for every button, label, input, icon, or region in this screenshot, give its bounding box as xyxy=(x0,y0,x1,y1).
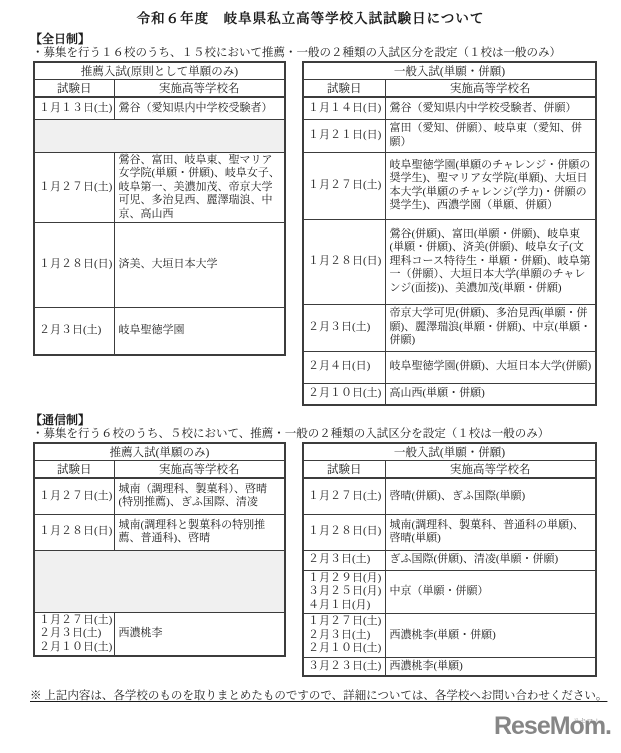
table-row: １月２９日(月) ３月２５日(月) ４月１日(月) 中京（単願・併願） xyxy=(303,570,596,614)
exam-date-line: ２月１０日(土) xyxy=(39,641,113,655)
section-tsushin-heading: 【通信制】 xyxy=(30,413,612,427)
exam-date-cell: ２月４日(日) xyxy=(303,351,385,383)
tsushin-ippan-table: 一般入試(単願・併願) 試験日 実施高等学校名 １月２７日(土) 啓晴(併願)、… xyxy=(302,442,597,677)
col-header-date: 試験日 xyxy=(34,80,114,98)
school-names-cell: 城南（調理科、製菓科）、啓晴(特別推薦)、ぎふ国際、清凌 xyxy=(114,478,285,514)
exam-date-line: ２月３日(土) xyxy=(308,629,384,643)
exam-date-cell: ２月１０日(土) xyxy=(303,383,385,405)
table-row: １月２７日(土) 啓晴(併願)、ぎふ国際(単願) xyxy=(303,478,596,514)
tsushin-suisen-table: 推薦入試(単願のみ) 試験日 実施高等学校名 １月２７日(土) 城南（調理科、製… xyxy=(33,442,286,657)
logo-period: . xyxy=(605,712,611,740)
exam-date-cell: ２月３日(土) xyxy=(303,550,385,570)
school-names-cell: 鶯谷（愛知県内中学校受験者、併願） xyxy=(385,97,596,119)
empty-gray-cell xyxy=(34,550,285,612)
zennichi-ippan-table: 一般入試(単願・併願) 試験日 実施高等学校名 １月１４日(日) 鶯谷（愛知県内… xyxy=(302,61,597,406)
exam-date-cell: １月１４日(日) xyxy=(303,97,385,119)
table-row: １月２１日(日) 富田（愛知、併願）、岐阜東（愛知、併願） xyxy=(303,119,596,152)
table-row: １月２７日(土) 鶯谷、富田、岐阜東、聖マリア女学院(単願・併願)、岐阜女子、岐… xyxy=(34,152,285,223)
table-row: １月２７日(土) 岐阜聖徳学園(単願のチャレンジ・併願の奨学生)、聖マリア女学院… xyxy=(303,152,596,219)
table-row: １月２７日(土) 城南（調理科、製菓科）、啓晴(特別推薦)、ぎふ国際、清凌 xyxy=(34,478,285,514)
school-names-cell: 城南(調理科、製菓科、普通科の単願)、啓晴(単願) xyxy=(385,514,596,550)
table-row: １月１４日(日) 鶯谷（愛知県内中学校受験者、併願） xyxy=(303,97,596,119)
exam-date-cell: ２月３日(土) xyxy=(303,304,385,351)
exam-date-cell: １月２７日(土) xyxy=(303,478,385,514)
school-names-cell: 鶯谷(併願)、富田(単願・併願)、岐阜東(単願・併願)、済美(併願)、岐阜女子(… xyxy=(385,219,596,304)
exam-date-cell: ２月３日(土) xyxy=(34,308,114,355)
table-row: １月２７日(土) ２月３日(土) ２月１０日(土) 西濃桃李 xyxy=(34,612,285,656)
col-header-school: 実施高等学校名 xyxy=(385,461,596,479)
exam-date-line: ４月１日(月) xyxy=(308,599,384,613)
document-page: 令和６年度 岐阜県私立高等学校入試試験日について 【全日制】 ・募集を行う１６校… xyxy=(0,0,621,753)
table-row: ２月３日(土) 帝京大学可児(併願)、多治見西(単願・併願)、麗澤瑞浪(単願・併… xyxy=(303,304,596,351)
school-names-cell: 富田（愛知、併願）、岐阜東（愛知、併願） xyxy=(385,119,596,152)
exam-date-line: ２月１０日(土) xyxy=(308,642,384,656)
col-header-school: 実施高等学校名 xyxy=(114,80,285,98)
empty-gray-cell xyxy=(34,119,285,152)
exam-date-line: １月２９日(月) xyxy=(308,572,384,586)
table-row-empty xyxy=(34,119,285,152)
exam-date-cell: １月２８日(日) xyxy=(303,514,385,550)
exam-date-cell: １月２７日(土) xyxy=(303,152,385,219)
school-names-cell: 岐阜聖徳学園(併願)、大垣日本大学(併願) xyxy=(385,351,596,383)
table-row: １月２８日(日) 済美、大垣日本大学 xyxy=(34,223,285,308)
school-names-cell: 西濃桃李 xyxy=(114,612,285,656)
table-row: ２月４日(日) 岐阜聖徳学園(併願)、大垣日本大学(併願) xyxy=(303,351,596,383)
tsushin-tables-row: 推薦入試(単願のみ) 試験日 実施高等学校名 １月２７日(土) 城南（調理科、製… xyxy=(33,442,612,677)
col-header-date: 試験日 xyxy=(34,461,114,479)
exam-date-cell: １月２８日(日) xyxy=(34,223,114,308)
exam-date-cell: ３月２３日(土) xyxy=(303,657,385,676)
school-names-cell: 高山西(単願・併願) xyxy=(385,383,596,405)
school-names-cell: ぎふ国際(併願)、清凌(単願・併願) xyxy=(385,550,596,570)
zennichi-tables-row: 推薦入試(原則として単願のみ) 試験日 実施高等学校名 １月１３日(土) 鶯谷（… xyxy=(33,61,612,406)
section-zennichi-heading: 【全日制】 xyxy=(30,32,612,46)
table-row: ２月３日(土) 岐阜聖徳学園 xyxy=(34,308,285,355)
school-names-cell: 西濃桃李(単願) xyxy=(385,657,596,676)
table-row: ２月１０日(土) 高山西(単願・併願) xyxy=(303,383,596,405)
table-title: 推薦入試(単願のみ) xyxy=(34,443,285,461)
table-row-empty xyxy=(34,550,285,612)
school-names-cell: 中京（単願・併願） xyxy=(385,570,596,614)
table-row: １月２７日(土) ２月３日(土) ２月１０日(土) 西濃桃李(単願・併願) xyxy=(303,614,596,658)
table-row: １月２８日(日) 城南(調理科、製菓科、普通科の単願)、啓晴(単願) xyxy=(303,514,596,550)
school-names-cell: 岐阜聖徳学園 xyxy=(114,308,285,355)
school-names-cell: 済美、大垣日本大学 xyxy=(114,223,285,308)
footnote: ※ 上記内容は、各学校のものを取りまとめたものですので、詳細については、各学校へ… xyxy=(30,689,612,703)
exam-date-line: ３月２５日(月) xyxy=(308,585,384,599)
col-header-school: 実施高等学校名 xyxy=(385,80,596,98)
zennichi-suisen-table: 推薦入試(原則として単願のみ) 試験日 実施高等学校名 １月１３日(土) 鶯谷（… xyxy=(33,61,286,356)
col-header-date: 試験日 xyxy=(303,80,385,98)
section-zennichi-bullet: ・募集を行う１６校のうち、１５校において推薦・一般の２種類の入試区分を設定（１校… xyxy=(32,46,612,60)
exam-date-cell: １月２８日(日) xyxy=(303,219,385,304)
page-title: 令和６年度 岐阜県私立高等学校入試試験日について xyxy=(0,0,621,27)
exam-date-cell: １月１３日(土) xyxy=(34,97,114,119)
exam-date-cell: １月２１日(日) xyxy=(303,119,385,152)
section-tsushin: 【通信制】 ・募集を行う６校のうち、５校において、推薦・一般の２種類の入試区分を… xyxy=(30,413,612,677)
table-title: 推薦入試(原則として単願のみ) xyxy=(34,62,285,80)
school-names-cell: 帝京大学可児(併願)、多治見西(単願・併願)、麗澤瑞浪(単願・併願)、中京(単願… xyxy=(385,304,596,351)
col-header-date: 試験日 xyxy=(303,461,385,479)
table-row: １月２８日(日) 城南(調理科と製菓科の特別推薦、普通科)、啓晴 xyxy=(34,514,285,550)
table-row: ２月３日(土) ぎふ国際(併願)、清凌(単願・併願) xyxy=(303,550,596,570)
exam-date-line: １月２７日(土) xyxy=(39,614,113,628)
section-zennichi: 【全日制】 ・募集を行う１６校のうち、１５校において推薦・一般の２種類の入試区分… xyxy=(30,32,612,406)
exam-date-cell: １月２９日(月) ３月２５日(月) ４月１日(月) xyxy=(303,570,385,614)
exam-date-cell: １月２７日(土) ２月３日(土) ２月１０日(土) xyxy=(303,614,385,658)
school-names-cell: 城南(調理科と製菓科の特別推薦、普通科)、啓晴 xyxy=(114,514,285,550)
table-row: １月２８日(日) 鶯谷(併願)、富田(単願・併願)、岐阜東(単願・併願)、済美(… xyxy=(303,219,596,304)
exam-date-cell: １月２７日(土) ２月３日(土) ２月１０日(土) xyxy=(34,612,114,656)
col-header-school: 実施高等学校名 xyxy=(114,461,285,479)
table-row: ３月２３日(土) 西濃桃李(単願) xyxy=(303,657,596,676)
logo-ruby-text: リセマム xyxy=(573,708,601,736)
exam-date-cell: １月２７日(土) xyxy=(34,152,114,223)
exam-date-line: １月２７日(土) xyxy=(308,615,384,629)
table-title: 一般入試(単願・併願) xyxy=(303,62,596,80)
school-names-cell: 西濃桃李(単願・併願) xyxy=(385,614,596,658)
resemom-logo: リセマムReseMom. xyxy=(494,712,611,740)
section-tsushin-bullet: ・募集を行う６校のうち、５校において、推薦・一般の２種類の入試区分を設定（１校は… xyxy=(32,427,612,441)
school-names-cell: 鶯谷、富田、岐阜東、聖マリア女学院(単願・併願)、岐阜女子、岐阜第一、美濃加茂、… xyxy=(114,152,285,223)
exam-date-cell: １月２８日(日) xyxy=(34,514,114,550)
table-row: １月１３日(土) 鶯谷（愛知県内中学校受験者） xyxy=(34,97,285,119)
table-title: 一般入試(単願・併願) xyxy=(303,443,596,461)
school-names-cell: 啓晴(併願)、ぎふ国際(単願) xyxy=(385,478,596,514)
exam-date-line: ２月３日(土) xyxy=(39,627,113,641)
school-names-cell: 岐阜聖徳学園(単願のチャレンジ・併願の奨学生)、聖マリア女学院(単願)、大垣日本… xyxy=(385,152,596,219)
school-names-cell: 鶯谷（愛知県内中学校受験者） xyxy=(114,97,285,119)
exam-date-cell: １月２７日(土) xyxy=(34,478,114,514)
